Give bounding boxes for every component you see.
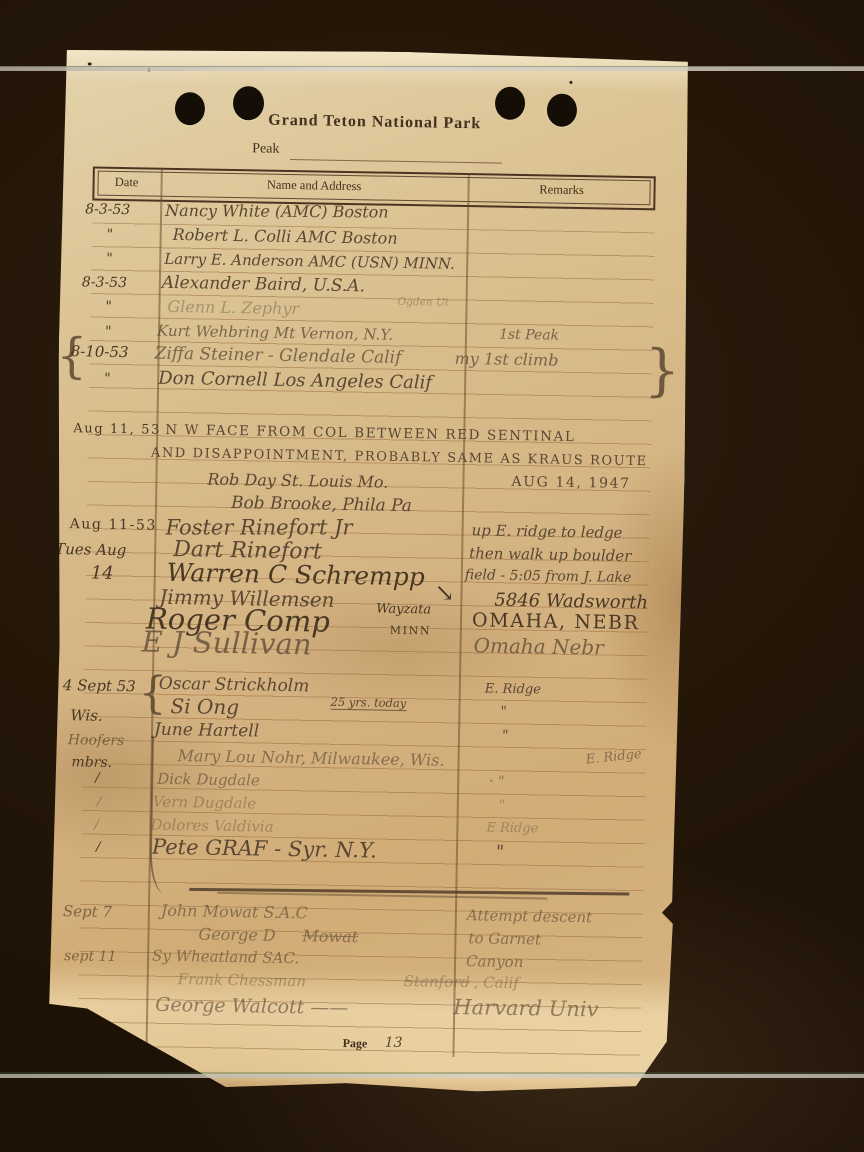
entry-name: Dick Dugdale — [157, 770, 260, 790]
entry-date: " — [104, 371, 111, 387]
entry-date: 14 — [91, 563, 114, 584]
peak-label: Peak — [252, 141, 279, 157]
entry-name: Nancy White (AMC) Boston — [165, 201, 389, 222]
speck — [569, 81, 572, 84]
entry-remarks: Omaha Nebr — [473, 633, 604, 659]
entry-date: Sept 7 — [63, 902, 112, 921]
peak-underline — [290, 159, 502, 164]
entry-note: 25 yrs. today — [330, 695, 406, 711]
entry-remarks: E Ridge — [486, 820, 538, 836]
entry-remarks: my 1st climb — [454, 349, 558, 370]
entry-date: " — [105, 299, 112, 315]
entry-date: 8-10-53 — [71, 342, 129, 361]
entry-date: mbrs. — [71, 754, 112, 771]
entry-remarks: Canyon — [466, 952, 524, 971]
entry-remarks: Harvard Univ — [453, 995, 599, 1022]
entry-date: Wis. — [70, 706, 103, 725]
entry-name: Pete GRAF - Syr. N.Y. — [152, 835, 377, 863]
entry-name: Foster Rinefort Jr — [166, 515, 353, 539]
entry-name: Rob Day St. Louis Mo. — [207, 470, 388, 492]
entry-name: Oscar Strickholm — [159, 674, 310, 697]
entry-remarks: " — [502, 728, 509, 744]
right-brace: } — [644, 338, 681, 404]
entry-name: June Hartell — [154, 720, 259, 742]
entry-date: / — [95, 771, 100, 786]
entry-date: 8-3-53 — [85, 201, 130, 218]
entry-remarks: OMAHA, NEBR — [472, 609, 640, 634]
entry-name: Ziffa Steiner - Glendale Calif — [154, 344, 401, 368]
page-title: Grand Teton National Park — [155, 110, 595, 136]
entry-name: Vern Dugdale — [153, 793, 257, 813]
willemsen-arrow: ↘ — [434, 579, 455, 607]
entry-date: " — [105, 324, 112, 340]
entry-name: George D — [198, 924, 275, 944]
entry-date: Aug 11, 53 — [73, 421, 161, 438]
entry-date: 8-3-53 — [82, 274, 127, 291]
entry-date: / — [97, 795, 102, 810]
entry-date: sept 11 — [64, 948, 117, 965]
entry-name: Sy Wheatland SAC. — [152, 947, 299, 968]
entry-place: , Calif — [474, 973, 519, 992]
entry-date: Aug 11-53 — [70, 516, 158, 534]
entry-name: Si Ong — [170, 694, 239, 719]
entry-remarks: " — [496, 842, 505, 863]
entry-date: " — [107, 227, 114, 243]
entry-name-struck: Mowat — [302, 926, 358, 946]
frame-wire-bottom — [0, 1074, 864, 1078]
entry-remarks: field - 5:05 from J. Lake — [465, 567, 632, 586]
entry-remarks: up E. ridge to ledge — [471, 521, 622, 542]
entry-remarks: to Garnet — [468, 929, 541, 948]
entry-note2: MINN — [390, 624, 431, 638]
entry-place-struck: Stanford — [404, 972, 471, 991]
entry-date: 4 Sept 53 — [63, 676, 136, 695]
entry-remarks: 1st Peak — [499, 327, 559, 344]
entry-name: E J Sullivan — [141, 624, 312, 661]
entry-name: Dolores Valdivia — [150, 816, 274, 836]
entry-name: George Walcott —— — [155, 994, 348, 1019]
entry-remarks: E. Ridge — [485, 681, 541, 697]
frame-wire-top — [0, 66, 864, 71]
entry-date: " — [106, 251, 113, 267]
entry-date: / — [94, 818, 99, 833]
entry-date: Hoofers — [68, 732, 125, 749]
entry-name: Frank Chessman — [178, 970, 307, 990]
photo-background: Grand Teton National Park Peak Date Name… — [0, 0, 864, 1152]
page-number: 13 — [385, 1035, 403, 1051]
entry-name: Alexander Baird, U.S.A. — [162, 273, 365, 297]
entry-remarks: " — [500, 704, 507, 720]
entry-name: John Mowat S.A.C — [161, 901, 308, 923]
entry-name: Robert L. Colli AMC Boston — [173, 225, 398, 248]
column-header-date: Date — [92, 175, 160, 191]
entry-note: Wayzata — [376, 602, 431, 618]
entry-date: Tues Aug — [55, 540, 126, 559]
entry-date: / — [96, 840, 101, 855]
entry-remarks: then walk up boulder — [469, 544, 631, 565]
entry-name: Bob Brooke, Phila Pa — [231, 493, 412, 516]
entry-note: Ogden Ut — [397, 296, 449, 309]
page-label: Page — [343, 1036, 368, 1051]
entry-remarks: " — [499, 798, 506, 814]
entry-remarks: AUG 14, 1947 — [511, 474, 630, 492]
register-page: Grand Teton National Park Peak Date Name… — [46, 46, 692, 1099]
entry-remarks: · " — [489, 774, 505, 790]
entry-remarks: Attempt descent — [467, 906, 593, 926]
entry-name: Glenn L. Zephyr — [167, 297, 299, 318]
